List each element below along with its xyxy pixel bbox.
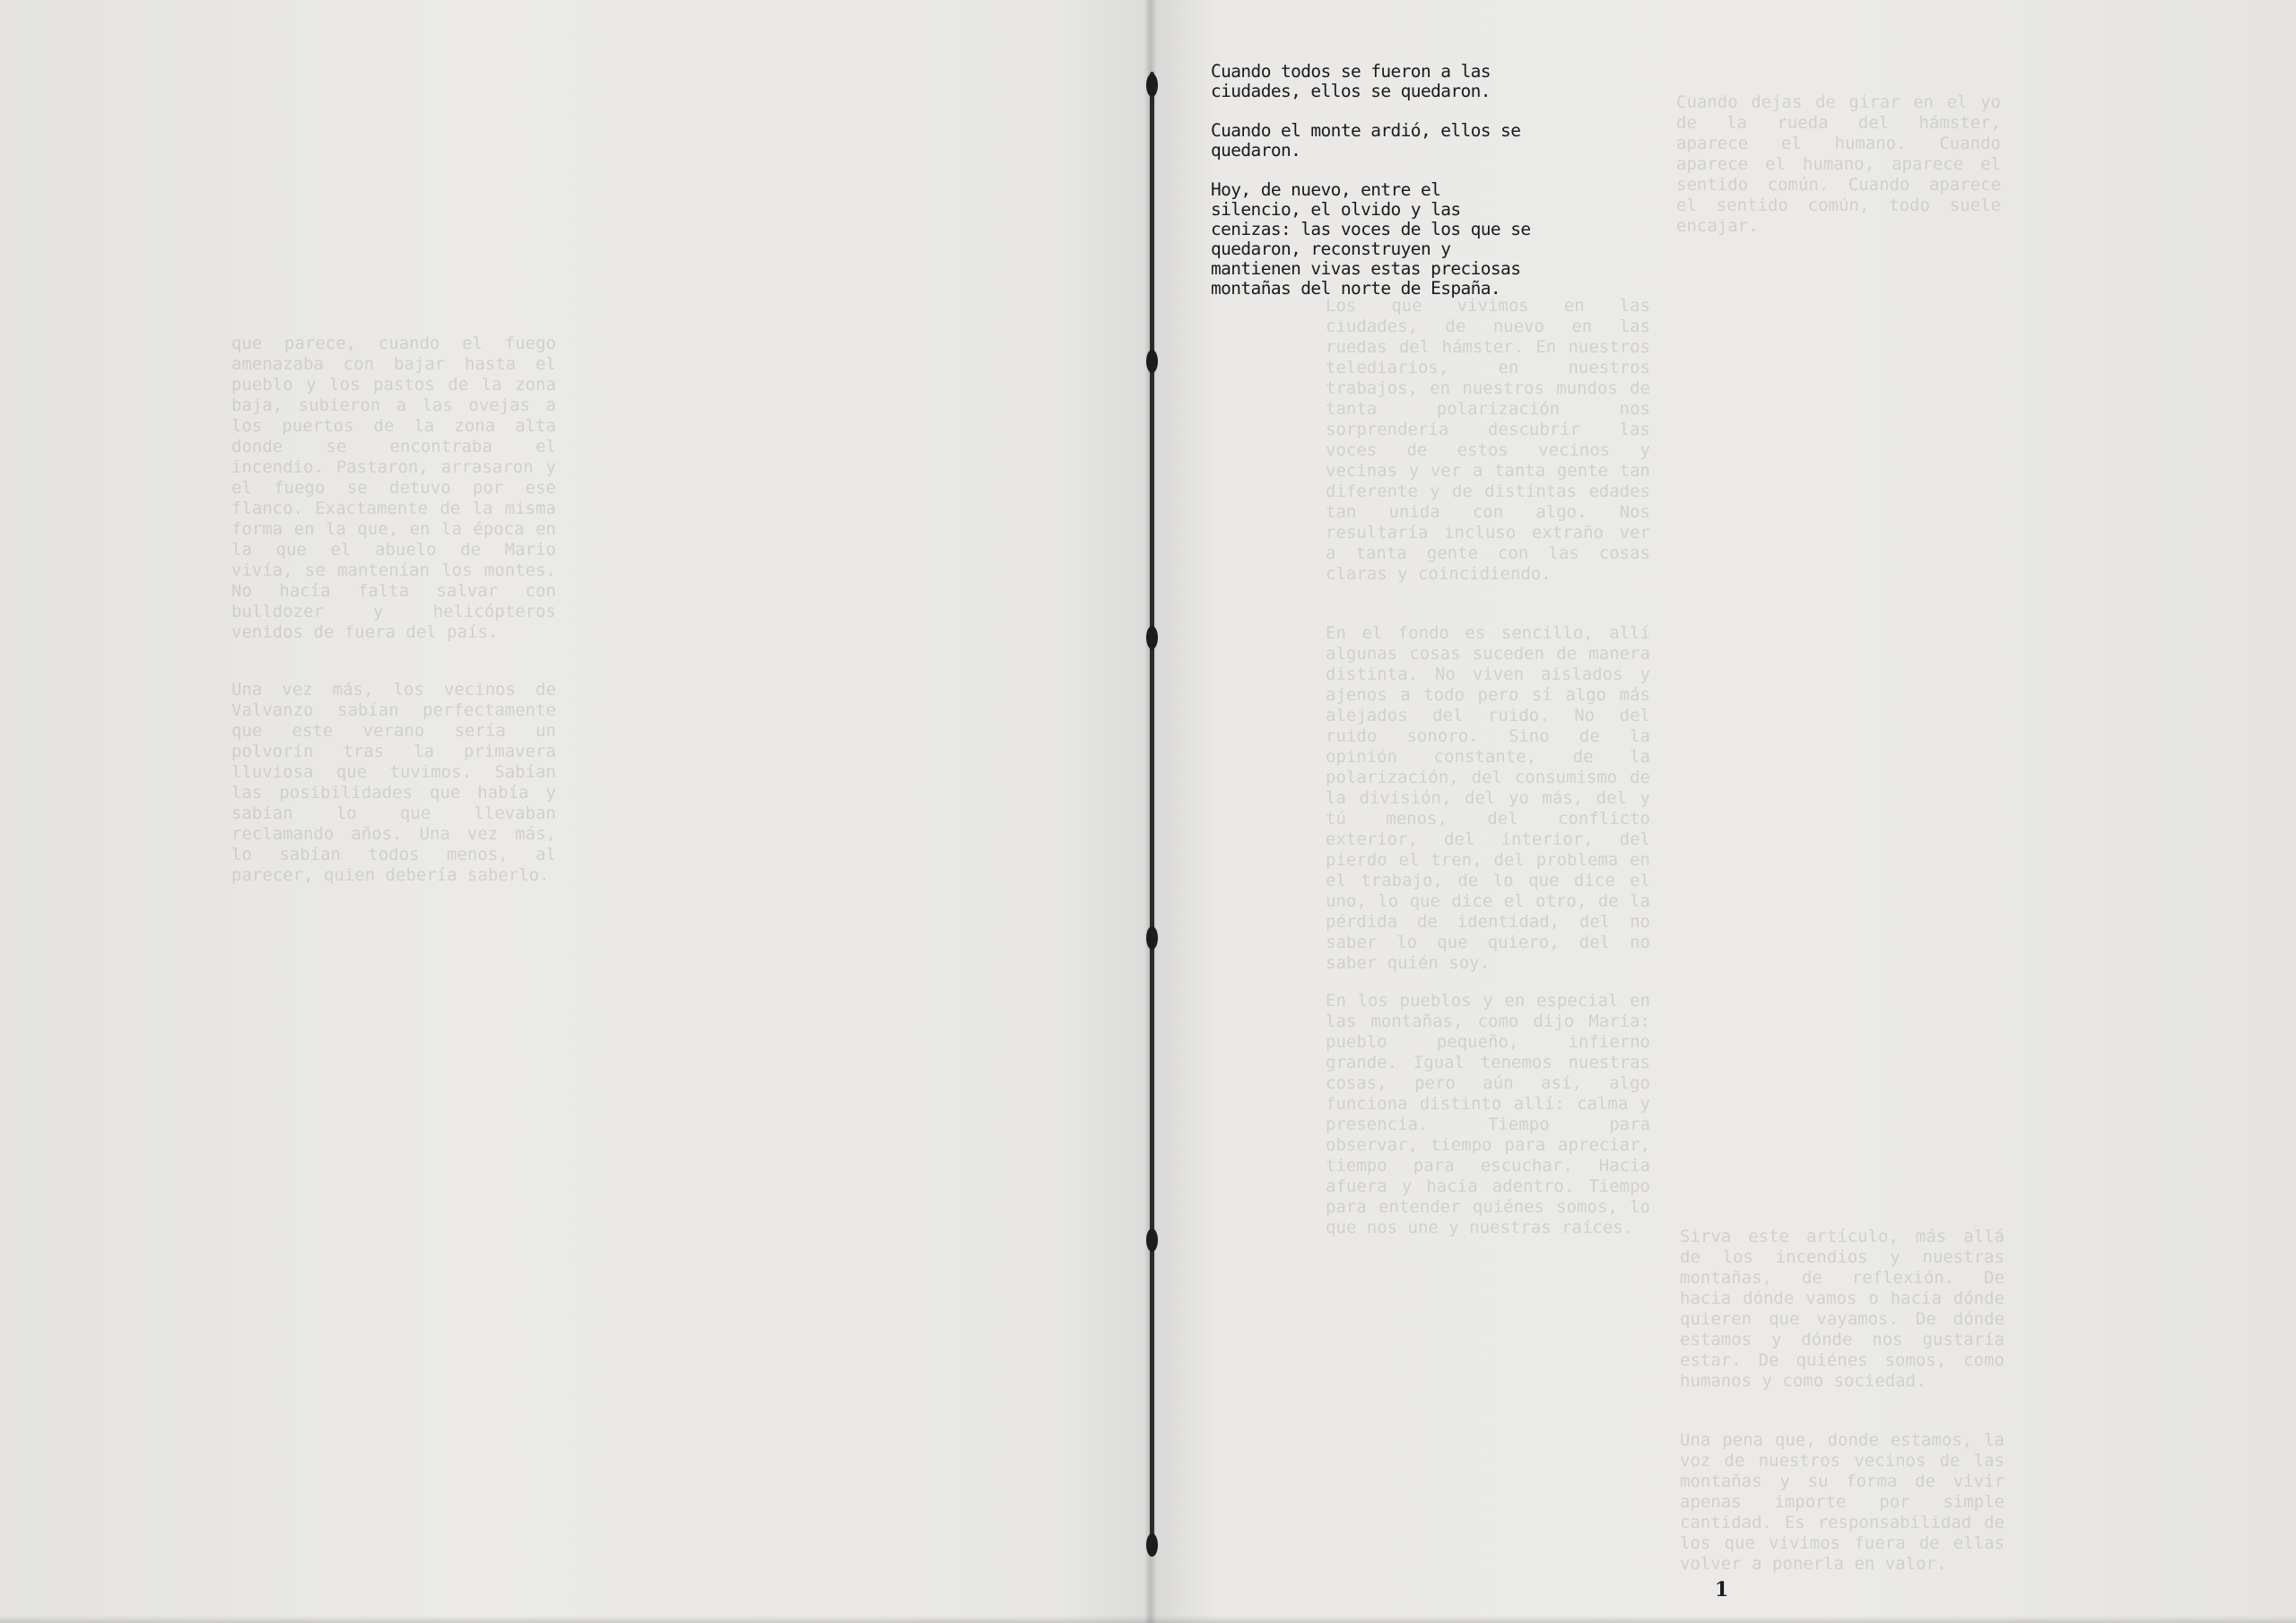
- show-through-left-col-2: Una vez más, los vecinos de Valvanzo sab…: [231, 680, 556, 886]
- show-through-column-a: Los que vivimos en las ciudades, de nuev…: [1326, 296, 1650, 585]
- paragraph-3: Hoy, de nuevo, entre el silencio, el olv…: [1211, 180, 1534, 299]
- left-page: que parece, cuando el fuego amenazaba co…: [0, 0, 1151, 1623]
- show-through-column-e: Sirva este artículo, más allá de los inc…: [1680, 1227, 2005, 1392]
- paragraph-2: Cuando el monte ardió, ellos se quedaron…: [1211, 121, 1534, 161]
- show-through-column-d: Cuando dejas de girar en el yo de la rue…: [1676, 92, 2001, 237]
- binding-knot: [1146, 74, 1158, 97]
- binding-thread: [1150, 72, 1154, 1551]
- binding-knot: [1146, 926, 1158, 950]
- show-through-left-col-1: que parece, cuando el fuego amenazaba co…: [231, 334, 556, 643]
- intro-text-block: Cuando todos se fueron a las ciudades, e…: [1211, 62, 1534, 318]
- page-number: 1: [1715, 1578, 1728, 1601]
- binding-knot: [1146, 626, 1158, 649]
- show-through-column-f: Una pena que, donde estamos, la voz de n…: [1680, 1430, 2005, 1575]
- paragraph-1: Cuando todos se fueron a las ciudades, e…: [1211, 62, 1534, 101]
- booklet-spread: que parece, cuando el fuego amenazaba co…: [0, 0, 2296, 1623]
- paper-bottom-edge: [0, 1616, 2296, 1623]
- binding-knot: [1146, 350, 1158, 373]
- show-through-column-b: En el fondo es sencillo, allí algunas co…: [1326, 623, 1650, 974]
- binding-knot: [1146, 1533, 1158, 1557]
- binding-knot: [1146, 1228, 1158, 1252]
- show-through-column-c: En los pueblos y en especial en las mont…: [1326, 991, 1650, 1238]
